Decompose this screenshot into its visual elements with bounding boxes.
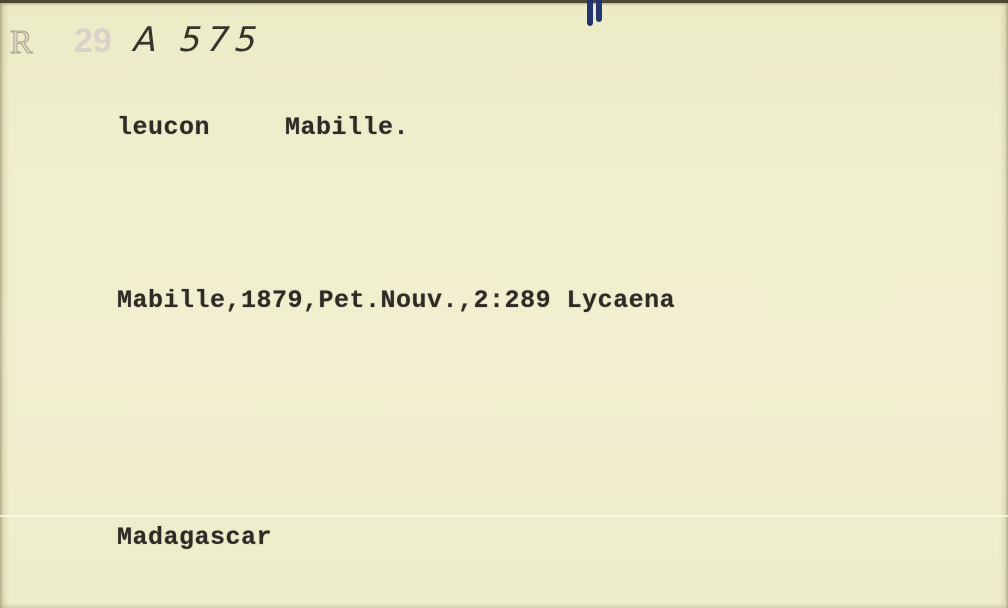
stamp-number: 29 bbox=[74, 22, 112, 61]
stamp-letter: R bbox=[10, 24, 33, 62]
paper-clip-icon bbox=[585, 0, 605, 28]
card-ruled-line bbox=[0, 515, 1008, 517]
index-card: R 29 A 575 leucon Mabille. Mabille,1879,… bbox=[0, 0, 1008, 608]
card-top-edge bbox=[0, 0, 1008, 3]
citation: Mabille,1879,Pet.Nouv.,2:289 Lycaena bbox=[117, 286, 675, 315]
species-author: Mabille. bbox=[285, 113, 409, 142]
locality: Madagascar bbox=[117, 523, 272, 552]
species-name: leucon bbox=[117, 113, 210, 142]
handwritten-code: A 575 bbox=[133, 20, 265, 60]
